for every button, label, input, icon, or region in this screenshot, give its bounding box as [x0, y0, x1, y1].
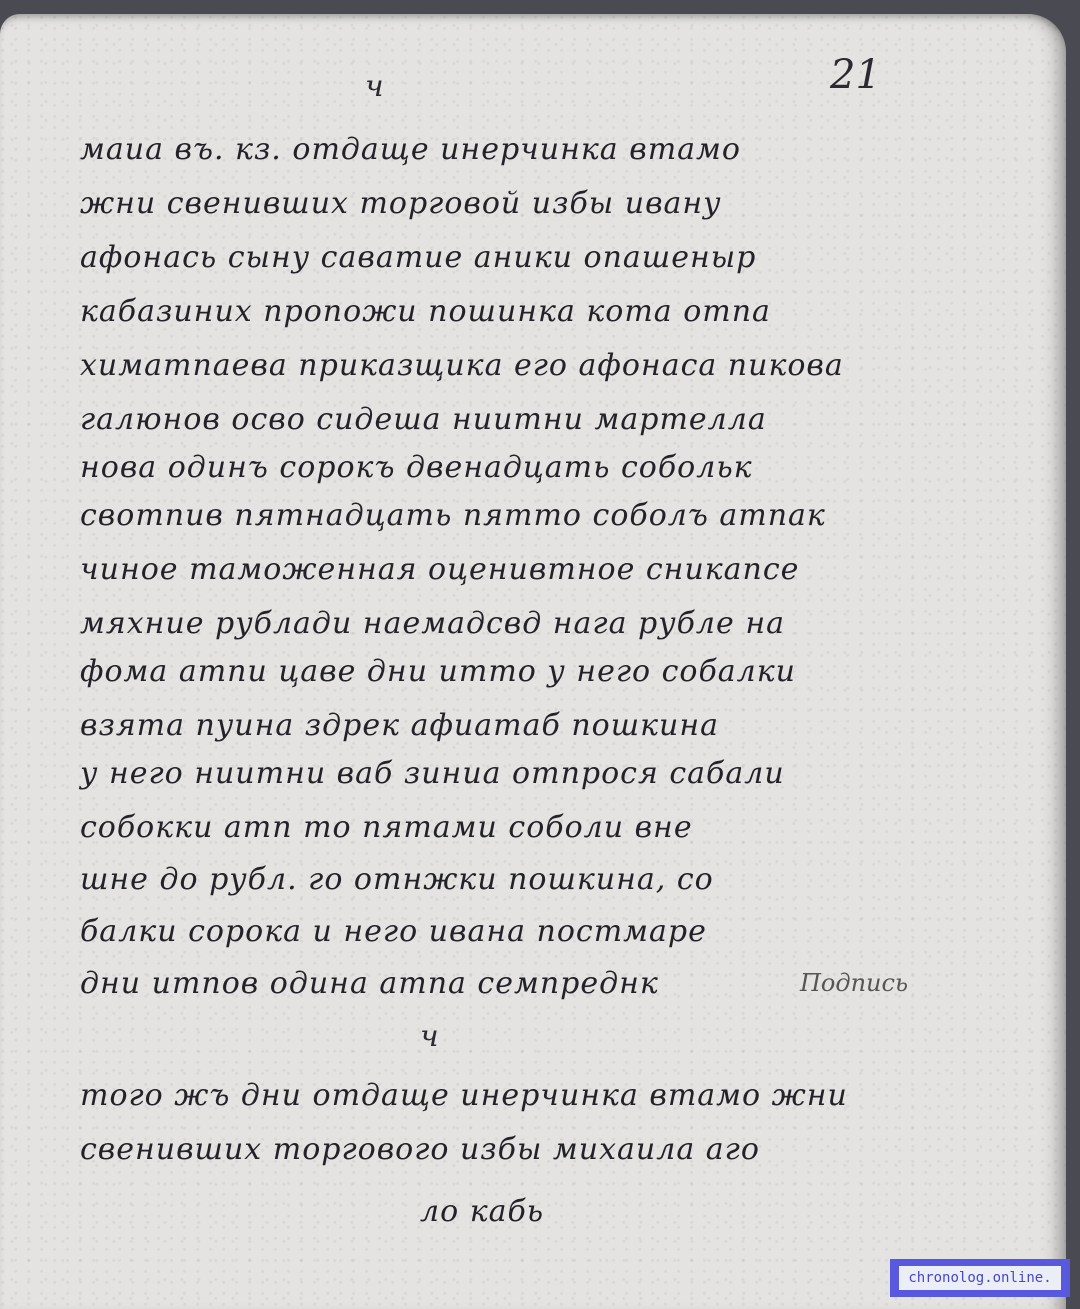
manuscript-line: у него ниитни ваб зиниа отпрося сабали	[80, 756, 785, 791]
manuscript-line: собокки атп то пятами соболи вне	[80, 810, 693, 845]
watermark-text: chronolog.online.	[899, 1266, 1061, 1290]
manuscript-line: нова одинъ сорокъ двенадцать собольк	[80, 450, 753, 485]
entry-mark: ч	[420, 1019, 439, 1054]
manuscript-line: жни свенивших торговой избы ивану	[80, 186, 722, 221]
manuscript-line: свенивших торгового избы михаила аго	[80, 1132, 760, 1167]
manuscript-line: кабазиних пропожи пошинка кота отпа	[80, 294, 771, 329]
manuscript-line: маиа въ. кз. отдаще инерчинка втамо	[80, 132, 741, 167]
folio-number: 21	[830, 52, 881, 98]
manuscript-line: свотпив пятнадцать пятто соболъ атпак	[80, 498, 826, 533]
manuscript-line: галюнов осво сидеша ниитни мартелла	[80, 402, 767, 437]
manuscript-page: 21 ч маиа въ. кз. отдаще инерчинка втамо…	[0, 14, 1066, 1309]
manuscript-line: чиное таможенная оценивтное сникапсе	[80, 552, 799, 587]
manuscript-line: фома атпи цаве дни итто у него собалки	[80, 654, 796, 689]
manuscript-line: ло кабь	[420, 1194, 544, 1229]
manuscript-line: химатпаева приказщика его афонаса пикова	[80, 348, 844, 383]
manuscript-line: дни итпов одина атпа семпреднк	[80, 966, 659, 1001]
manuscript-line: балки сорока и него ивана постмаре	[80, 914, 707, 949]
manuscript-line: афонась сыну саватие аники опашеныр	[80, 240, 756, 275]
top-mark: ч	[365, 69, 384, 104]
signature: Подпись	[800, 969, 908, 997]
manuscript-line: шне до рубл. го отнжки пошкина, со	[80, 862, 714, 897]
manuscript-line: того жъ дни отдаще инерчинка втамо жни	[80, 1078, 848, 1113]
watermark-badge: chronolog.online.	[890, 1259, 1070, 1297]
manuscript-line: взята пуина здрек афиатаб пошкина	[80, 708, 719, 743]
manuscript-line: мяхние рублади наемадсвд нага рубле на	[80, 606, 785, 641]
scan-background-edge	[1066, 0, 1080, 1309]
